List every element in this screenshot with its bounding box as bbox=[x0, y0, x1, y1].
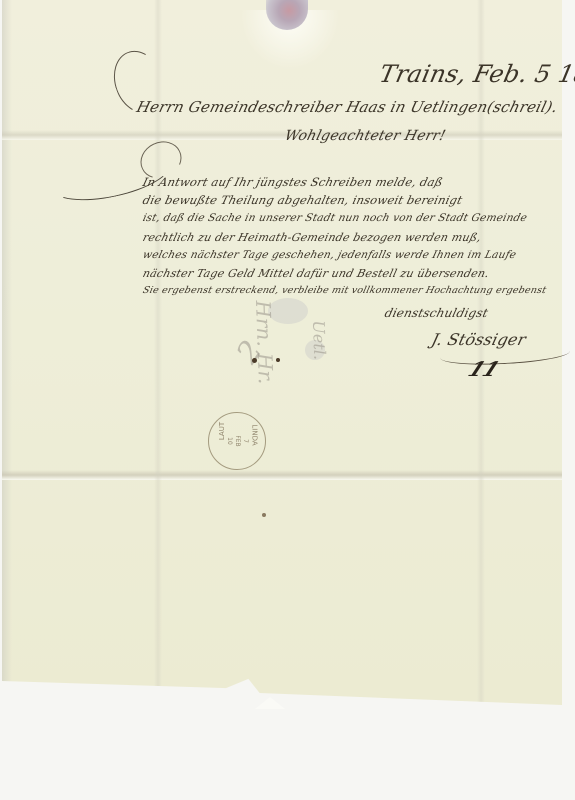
bleedthrough-text: Hrn. Hr. bbox=[251, 300, 278, 385]
letter-body-line: die bewußte Theilung abgehalten, insowei… bbox=[141, 193, 464, 207]
letter-body-line: ist, daß die Sache in unserer Stadt nun … bbox=[142, 212, 529, 224]
postmark-hour: 10 bbox=[225, 429, 233, 453]
ink-spot bbox=[252, 358, 257, 363]
letter-body-line: Sie ergebenst erstreckend, verbleibe mit… bbox=[142, 285, 548, 296]
bleedthrough-text: Uetl. bbox=[309, 320, 329, 360]
letter-closing: dienstschuldigst bbox=[383, 306, 489, 320]
postmark-stamp: LAUT LINDA 7 FEB 10 bbox=[208, 412, 266, 470]
postmark-right-text: LINDA bbox=[250, 424, 258, 445]
letter-addressee: Herrn Gemeindeschreiber Haas in Uetlinge… bbox=[135, 98, 560, 116]
postmark-date: 7 FEB 10 bbox=[225, 429, 249, 453]
letter-body-line: In Antwort auf Ihr jüngstes Schreiben me… bbox=[141, 175, 444, 189]
letter-body-line: rechtlich zu der Heimath-Gemeinde bezoge… bbox=[141, 231, 482, 244]
letter-date: Trains, Feb. 5 1859. bbox=[377, 60, 575, 88]
postmark-month: FEB bbox=[233, 429, 241, 453]
letter-body-line: nächster Tage Geld Mittel dafür und Best… bbox=[141, 267, 490, 280]
letter-salutation: Wohlgeachteter Herr! bbox=[283, 128, 447, 144]
paper-edge-shadow bbox=[2, 0, 12, 705]
postmark-day: 7 bbox=[241, 429, 249, 453]
letter-body-line: welches nächster Tage geschehen, jedenfa… bbox=[142, 249, 518, 261]
ink-spot bbox=[276, 358, 280, 362]
ink-spot bbox=[262, 513, 266, 517]
